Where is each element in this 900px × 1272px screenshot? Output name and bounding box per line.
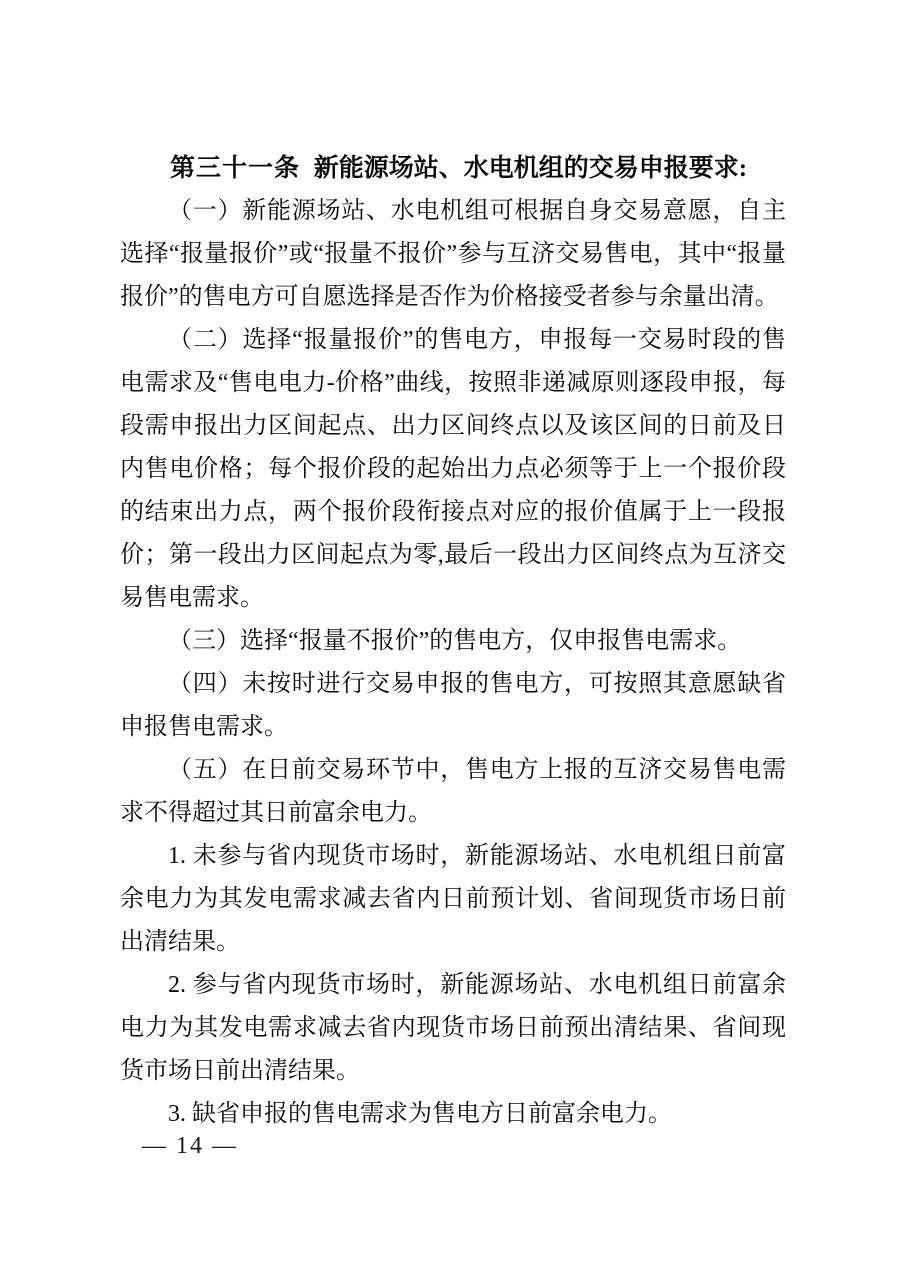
paragraph-item-5: （五）在日前交易环节中，售电方上报的互济交易售电需求不得超过其日前富余电力。 <box>120 749 786 835</box>
document-page: 第三十一条新能源场站、水电机组的交易申报要求: （一）新能源场站、水电机组可根据… <box>0 0 900 1272</box>
article-heading: 第三十一条新能源场站、水电机组的交易申报要求: <box>120 147 786 190</box>
article-number: 第三十一条 <box>170 155 300 182</box>
paragraph-item-2: （二）选择“报量报价”的售电方，申报每一交易时段的售电需求及“售电电力-价格”曲… <box>120 319 786 620</box>
article-body: 第三十一条新能源场站、水电机组的交易申报要求: （一）新能源场站、水电机组可根据… <box>120 147 786 1136</box>
article-title: 新能源场站、水电机组的交易申报要求: <box>314 155 747 182</box>
paragraph-subitem-1: 1. 未参与省内现货市场时，新能源场站、水电机组日前富余电力为其发电需求减去省内… <box>120 835 786 964</box>
paragraph-item-1: （一）新能源场站、水电机组可根据自身交易意愿，自主选择“报量报价”或“报量不报价… <box>120 190 786 319</box>
paragraph-item-3: （三）选择“报量不报价”的售电方，仅申报售电需求。 <box>120 620 786 663</box>
paragraph-subitem-2: 2. 参与省内现货市场时，新能源场站、水电机组日前富余电力为其发电需求减去省内现… <box>120 964 786 1093</box>
page-number: — 14 — <box>142 1130 238 1162</box>
paragraph-item-4: （四）未按时进行交易申报的售电方，可按照其意愿缺省申报售电需求。 <box>120 663 786 749</box>
